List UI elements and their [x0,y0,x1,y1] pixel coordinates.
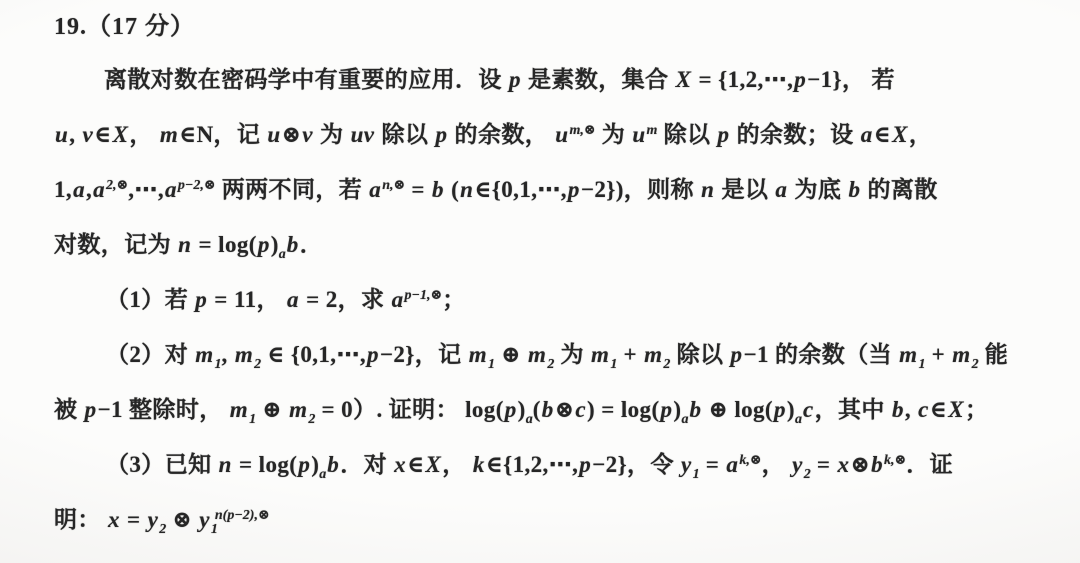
math-variable-run: m [229,397,249,422]
question-19-block: 19.（17 分） 离散对数在密码学中有重要的应用．设 p 是素数，集合 X =… [0,2,1080,547]
math-variable-run: p [793,67,807,92]
text-run: 的余数；设 [730,122,859,147]
math-variable-run: b [541,397,555,422]
math-variable-run: y [147,507,160,532]
math-variable-run: b [847,177,861,202]
math-variable-run: a [72,177,86,202]
math-variable-run: a [391,287,405,312]
text-run: （2）对 [106,342,194,367]
math-variable-run: u [554,122,569,147]
math-variable-run: a [286,287,300,312]
text-run: 除以 [670,342,729,367]
text-run: ,⋯, [128,177,164,202]
subscript-run: 1 [610,357,617,372]
superscript-run: k,⊗ [739,453,761,468]
text-run: ⊕ [256,397,288,422]
math-variable-run: m [590,342,610,367]
math-variable-run: p [84,397,98,422]
text-run: ，记 [213,122,266,147]
text-run: , [905,397,917,422]
math-variable-run: k [472,452,486,477]
math-variable-run: p [504,397,518,422]
subscript-run: 1 [918,357,925,372]
math-variable-run: a [164,177,178,202]
math-variable-run: p [578,452,592,477]
text-run: 的离散 [861,177,937,202]
text-run: = log( [192,232,256,257]
text-run: ，其中 [815,397,891,422]
subscript-run: 1 [215,357,222,372]
math-variable-run: p [660,397,674,422]
text-run: −2}，记 [380,342,468,367]
text-run: ∈ [94,122,111,147]
math-variable-run: m [643,342,663,367]
subscript-run: a [526,412,533,427]
text-run: 1, [54,177,72,202]
math-variable-run: m [951,342,971,367]
text-run: ∈ [179,122,196,147]
subscript-run: a [279,247,286,262]
math-variable-run: n [177,232,192,257]
subscript-run: 2 [254,357,261,372]
math-variable-run: a [368,177,382,202]
math-variable-run: b [326,452,340,477]
math-variable-run: c [802,397,815,422]
text-run: 对数，记为 [54,232,177,257]
text-run: ．对 [340,452,393,477]
superscript-run: p−1,⊗ [405,288,443,303]
math-variable-run: u [631,122,646,147]
subscript-run: a [795,412,802,427]
superscript-run: m,⊗ [570,123,596,138]
text-run: + [925,342,951,367]
part-1-line: （1）若 p = 11， a = 2，求 ap−1,⊗； [54,272,1022,327]
text-run: ⊕ log( [702,397,773,422]
math-variable-run: x [393,452,407,477]
math-variable-run: m [288,397,308,422]
text-run: 为 [314,122,350,147]
text-run: 的余数， [448,122,554,147]
text-run: ) [787,397,795,422]
text-run: ∈{0,1,⋯, [474,177,567,202]
bold-symbol-run: N [197,122,214,147]
text-run: ⊗ [166,507,198,532]
text-run: −1}， 若 [807,67,895,92]
text-run: ， [909,122,932,147]
text-run: ， [762,452,792,477]
text-run: ⊗ [282,122,302,147]
math-variable-run: n [459,177,474,202]
math-variable-run: p [508,67,522,92]
math-variable-run: b [431,177,445,202]
superscript-run: n,⊗ [382,178,405,193]
text-run: ， [129,122,159,147]
math-variable-run: a [860,122,874,147]
text-run: ( [445,177,459,202]
intro-line-2: u, v∈X， m∈N，记 u⊗v 为 uv 除以 p 的余数， um,⊗ 为 … [54,107,1022,162]
text-run: , [69,122,81,147]
math-variable-run: p [297,452,311,477]
math-variable-run: m [194,342,214,367]
subscript-run: 2 [547,357,554,372]
math-variable-run: p [194,287,208,312]
math-variable-run: uv [350,122,376,147]
text-run: = 2，求 [300,287,391,312]
question-header: 19.（17 分） [54,2,1022,52]
text-run: 为 [596,122,632,147]
text-run: 除以 [375,122,434,147]
part-2-line-1: （2）对 m1, m2 ∈ {0,1,⋯,p−2}，记 m1 ⊕ m2 为 m1… [54,327,1022,382]
math-variable-run: p [434,122,448,147]
part-2-line-2: 被 p−1 整除时， m1 ⊕ m2 = 0）. 证明： log(p)a(b⊗c… [54,382,1022,437]
math-variable-run: u [266,122,281,147]
math-variable-run: x [107,507,121,532]
math-variable-run: m [527,342,547,367]
text-run: ⊗ [555,397,575,422]
intro-line-1: 离散对数在密码学中有重要的应用．设 p 是素数，集合 X = {1,2,⋯,p−… [54,52,1022,107]
text-run: （3）已知 [106,452,218,477]
text-run: = [700,452,726,477]
text-run: 是以 [715,177,774,202]
text-run: = 0）. 证明： log( [315,397,503,422]
part-3-line-2: 明： x = y2 ⊗ y1n(p−2),⊗ [54,492,1022,547]
text-run: ∈{1,2,⋯, [486,452,579,477]
math-variable-run: m [468,342,488,367]
math-variable-run: b [870,452,884,477]
text-run: ， [442,452,472,477]
subscript-run: 2 [159,522,166,537]
part-3-line-1: （3）已知 n = log(p)ab．对 x∈X， k∈{1,2,⋯,p−2}，… [54,437,1022,492]
math-variable-run: y [680,452,693,477]
text-run: , [222,342,234,367]
math-variable-run: m [159,122,179,147]
text-run: ∈ [874,122,891,147]
intro-line-3: 1,a,a2,⊗,⋯,ap−2,⊗ 两两不同，若 an,⊗ = b (n∈{0,… [54,162,1022,217]
text-run: 被 [54,397,84,422]
superscript-run: 2,⊗ [106,178,128,193]
math-variable-run: y [791,452,804,477]
text-run: = [811,452,837,477]
text-run: （1）若 [106,287,194,312]
subscript-run: a [681,412,688,427]
text-run: = log( [233,452,297,477]
math-variable-run: c [917,397,930,422]
text-run: −1 的余数（当 [743,342,898,367]
text-run: ) [271,232,279,257]
subscript-run: 2 [804,467,811,482]
math-variable-run: p [773,397,787,422]
subscript-run: 2 [663,357,670,372]
math-variable-run: p [717,122,731,147]
scanned-exam-page: 19.（17 分） 离散对数在密码学中有重要的应用．设 p 是素数，集合 X =… [0,0,1080,563]
text-run: ．证 [906,452,953,477]
subscript-run: a [319,467,326,482]
text-run: 为底 [788,177,847,202]
text-run: = 11， [208,287,286,312]
math-variable-run: p [366,342,380,367]
math-variable-run: b [688,397,702,422]
math-variable-run: X [947,397,965,422]
math-variable-run: b [891,397,905,422]
math-variable-run: c [574,397,587,422]
text-run: ⊕ [495,342,527,367]
math-variable-run: X [425,452,443,477]
math-variable-run: n [700,177,715,202]
math-variable-run: v [301,122,314,147]
text-run: ； [442,287,465,312]
math-variable-run: a [774,177,788,202]
intro-line-4: 对数，记为 n = log(p)ab． [54,217,1022,272]
text-run: ∈ {0,1,⋯, [261,342,366,367]
text-run: ⊗ [850,452,870,477]
math-variable-run: p [257,232,271,257]
text-run: 是素数，集合 [522,67,675,92]
text-run: = {1,2,⋯, [692,67,793,92]
text-run: ． [300,232,323,257]
math-variable-run: X [891,122,909,147]
math-variable-run: v [82,122,95,147]
math-variable-run: a [92,177,106,202]
math-variable-run: y [198,507,211,532]
text-run: 除以 [657,122,716,147]
text-run: 为 [554,342,590,367]
superscript-run: k,⊗ [884,453,906,468]
math-variable-run: n [218,452,233,477]
superscript-run: n(p−2),⊗ [215,508,270,523]
subscript-run: 2 [972,357,979,372]
text-run: −1 整除时， [97,397,228,422]
text-run: ) = log( [587,397,660,422]
text-run: ( [533,397,541,422]
math-variable-run: b [286,232,300,257]
text-run: 离散对数在密码学中有重要的应用．设 [104,67,508,92]
math-variable-run: m [898,342,918,367]
math-variable-run: X [675,67,693,92]
text-run: 两两不同，若 [216,177,369,202]
math-variable-run: x [837,452,851,477]
subscript-run: 1 [249,412,256,427]
math-variable-run: u [54,122,69,147]
text-run: ； [965,397,988,422]
math-variable-run: p [730,342,744,367]
text-run: −2})，则称 [581,177,700,202]
text-run: −2}，令 [592,452,680,477]
subscript-run: 1 [488,357,495,372]
text-run: + [617,342,643,367]
text-run: = [405,177,431,202]
subscript-run: 2 [308,412,315,427]
math-variable-run: p [567,177,581,202]
text-run: 能 [979,342,1009,367]
subscript-run: 1 [211,522,218,537]
text-run: = [121,507,147,532]
superscript-run: m [647,123,658,138]
text-run: 明： [54,507,107,532]
text-run: 19.（17 分） [54,14,195,40]
subscript-run: 1 [693,467,700,482]
text-run: ) [518,397,526,422]
math-variable-run: m [234,342,254,367]
math-variable-run: X [112,122,130,147]
superscript-run: p−2,⊗ [178,178,216,193]
text-run: ∈ [930,397,947,422]
math-variable-run: a [725,452,739,477]
text-run: ∈ [407,452,424,477]
